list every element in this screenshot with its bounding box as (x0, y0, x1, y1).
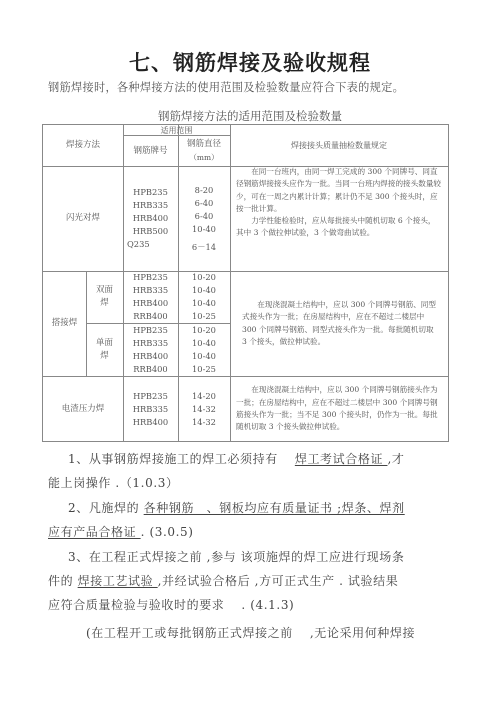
grade-cell: HPB235 HRB335 HRB400 RRB400 (123, 323, 178, 376)
clause-text: 2、凡施焊的 (68, 501, 144, 515)
grade-value: HRB335 (133, 284, 168, 297)
grade-cell: HPB235 HRB335 HRB400 RRB400 (123, 271, 178, 323)
clause-text: . (3.0.5) (141, 525, 194, 539)
sub-method-cell: 单面焊 (86, 323, 123, 376)
grade-value: HRB335 (133, 403, 168, 416)
diameter-value: 6-40 (195, 197, 214, 210)
clause-3-line-2: 件的 焊接工艺试验 ,并经试验合格后 ,方可正式生产 . 试验结果 (48, 573, 398, 589)
grade-value: HRB400 (133, 297, 168, 310)
grade-value: HRB335 (133, 199, 168, 212)
header-grade: 钢筋牌号 (123, 136, 178, 166)
diameter-value: 8-20 (195, 184, 214, 197)
diameter-value: 10-20 (192, 324, 216, 337)
header-inspection: 焊接接头质量抽检数量规定 (230, 125, 448, 166)
grade-value: RRB400 (133, 310, 167, 323)
grade-value: HPB235 (133, 271, 168, 284)
method-cell: 搭接焊 (43, 271, 86, 376)
diameter-value: 10-25 (192, 310, 216, 323)
grade-value: HPB235 (133, 186, 168, 199)
grade-value: HRB400 (133, 416, 168, 429)
clause-1-line-1: 1、从事钢筋焊接施工的焊工必须持有 焊工考试合格证 ,才 (68, 451, 405, 467)
welding-table: 焊接方法 适用范围 钢筋牌号 钢筋直径 （mm） 焊接接头质量抽检数量规定 闪光… (42, 124, 449, 442)
diameter-value: 6－14 (192, 241, 216, 254)
diameter-cell: 14-20 14-32 14-32 (178, 376, 230, 442)
header-scope: 适用范围 (123, 125, 230, 136)
clause-underlined: 焊接工艺试验 (78, 574, 158, 588)
grade-value: HPB235 (133, 324, 168, 337)
inspection-text: 在同一台班内，由同一焊工完成的 300 个同牌号、同直径钢筋焊接接头应作为一批。… (236, 166, 442, 215)
grade-value: Q235 (123, 238, 150, 251)
diameter-value: 6-40 (195, 210, 214, 223)
method-cell: 闪光对焊 (43, 166, 123, 271)
diameter-value: 10-40 (192, 350, 216, 363)
diameter-cell: 10-20 10-40 10-40 10-25 (178, 323, 230, 376)
inspection-cell: 在同一台班内，由同一焊工完成的 300 个同牌号、同直径钢筋焊接接头应作为一批。… (230, 166, 448, 271)
clause-2-line-2: 应有产品合格证 . (3.0.5) (48, 524, 194, 540)
diameter-value: 10-40 (192, 337, 216, 350)
diameter-value: 14-32 (192, 416, 216, 429)
header-diameter: 钢筋直径 （mm） (178, 136, 230, 166)
clause-underlined: 应有产品合格证 (48, 525, 141, 539)
header-diameter-label: 钢筋直径 (187, 138, 221, 151)
inspection-text: 在现浇混凝土结构中，应以 300 个同牌号钢筋、同型式接头作为一批；在房屋结构中… (242, 299, 436, 348)
clause-2-line-1: 2、凡施焊的 各种钢筋 、钢板均应有质量证书 ;焊条、焊剂 (68, 500, 405, 516)
method-cell: 电渣压力焊 (43, 376, 123, 442)
diameter-value: 10-40 (192, 223, 216, 236)
grade-value: HRB400 (133, 212, 168, 225)
header-method: 焊接方法 (43, 125, 123, 166)
diameter-cell: 10-20 10-40 10-40 10-25 (178, 271, 230, 323)
clause-4-line-1: (在工程开工或每批钢筋正式焊接之前 ,无论采用何种焊接 (86, 625, 415, 641)
clause-text: 1、从事钢筋焊接施工的焊工必须持有 (68, 452, 295, 466)
inspection-cell: 在现浇混凝土结构中，应以 300 个同牌号钢筋接头作为一批；在房屋结构中，应在不… (230, 376, 448, 442)
clause-3-line-3: 应符合质量检验与验收时的要求 . (4.1.3) (48, 597, 294, 613)
grade-value: HRB335 (133, 337, 168, 350)
diameter-cell: 8-20 6-40 6-40 10-40 6－14 (178, 166, 230, 271)
clause-underlined: 焊工考试合格证 (295, 452, 388, 466)
clause-text: ,并经试验合格后 ,方可正式生产 . 试验结果 (158, 574, 399, 588)
grade-value: HRB500 (133, 225, 168, 238)
page-title: 七、钢筋焊接及验收规程 (0, 47, 500, 77)
grade-value: HPB235 (133, 390, 168, 403)
diameter-value: 10-40 (192, 284, 216, 297)
diameter-value: 10-25 (192, 363, 216, 376)
table-caption: 钢筋焊接方法的适用范围及检验数量 (0, 108, 500, 124)
grade-cell: HPB235 HRB335 HRB400 HRB500 Q235 (123, 166, 178, 271)
diameter-value: 14-32 (192, 403, 216, 416)
clause-underlined: 各种钢筋 、钢板均应有质量证书 ;焊条、焊剂 (144, 501, 405, 515)
grade-value: RRB400 (133, 363, 167, 376)
inspection-text: 力学性能检验时，应从每批接头中随机切取 6 个接头，其中 3 个做拉伸试验，3 … (236, 215, 442, 240)
header-diameter-unit: （mm） (189, 151, 218, 164)
clause-1-line-2: 能上岗操作 .（1.0.3） (48, 475, 179, 491)
clause-text: ,才 (387, 452, 404, 466)
sub-method-cell: 双面焊 (86, 271, 123, 323)
inspection-cell: 在现浇混凝土结构中，应以 300 个同牌号钢筋、同型式接头作为一批；在房屋结构中… (230, 271, 448, 376)
clause-text: 件的 (48, 574, 78, 588)
inspection-text: 在现浇混凝土结构中，应以 300 个同牌号钢筋接头作为一批；在房屋结构中，应在不… (236, 384, 442, 433)
diameter-value: 10-20 (192, 271, 216, 284)
intro-text: 钢筋焊接时，各种焊接方法的使用范围及检验数量应符合下表的规定。 (48, 79, 404, 95)
diameter-value: 10-40 (192, 297, 216, 310)
diameter-value: 14-20 (192, 390, 216, 403)
grade-cell: HPB235 HRB335 HRB400 (123, 376, 178, 442)
grade-value: HRB400 (133, 350, 168, 363)
clause-3-line-1: 3、在工程正式焊接之前 ,参与 该项施焊的焊工应进行现场条 (68, 549, 404, 565)
